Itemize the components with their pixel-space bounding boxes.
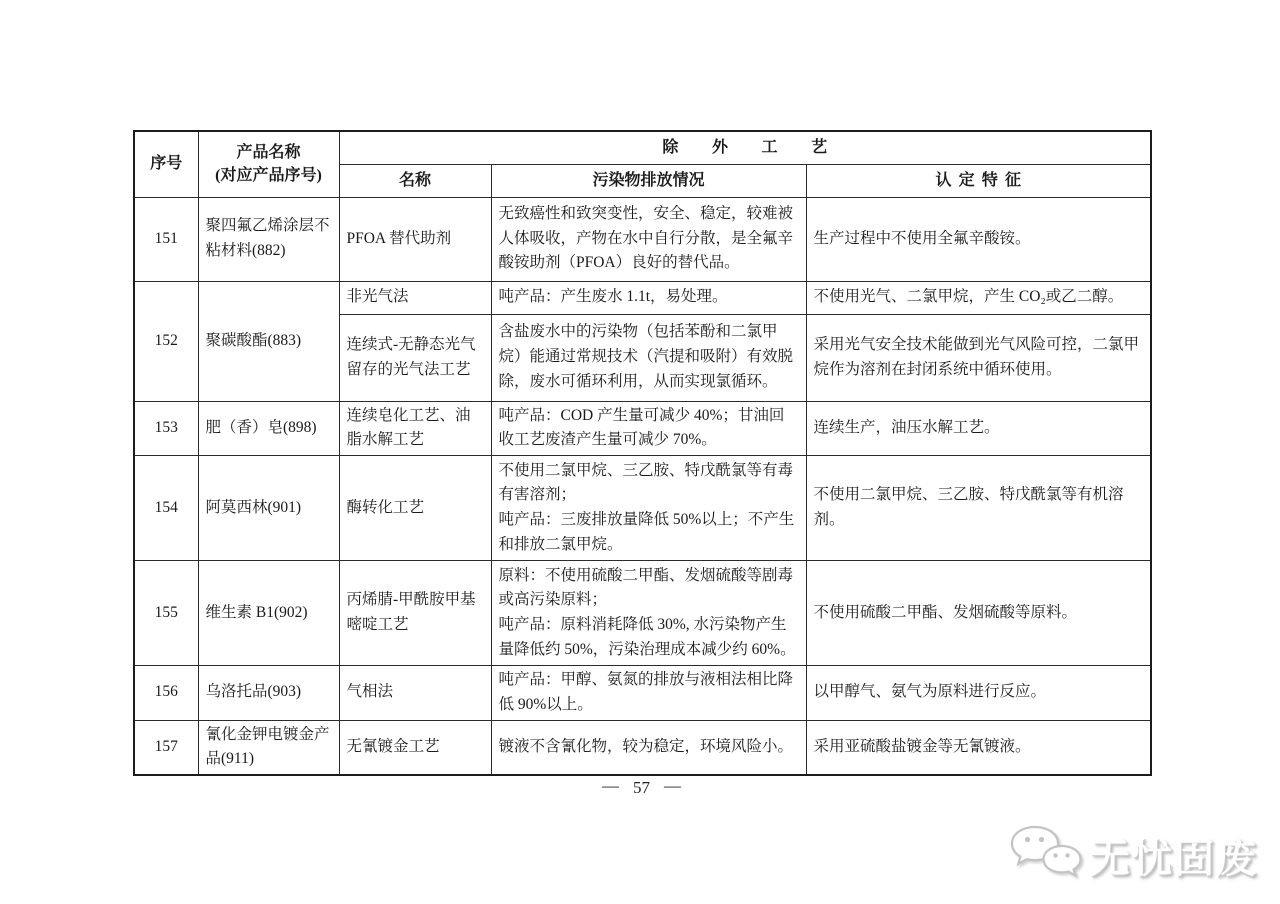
feature-cell: 不使用二氯甲烷、三乙胺、特戊酰氯等有机溶剂。 (806, 456, 1151, 561)
feature-cell: 连续生产，油压水解工艺。 (806, 401, 1151, 456)
footer-right-dash: — (664, 776, 681, 796)
table-row-153: 153 肥（香）皂(898) 连续皂化工艺、油脂水解工艺 吨产品：COD 产生量… (134, 401, 1151, 456)
page-footer: —57— (133, 778, 1150, 798)
emission-cell: 镀液不含氰化物，较为稳定，环境风险小。 (491, 720, 806, 775)
process-name-cell: 酶转化工艺 (339, 456, 491, 561)
exception-process-table: 序号 产品名称 (对应产品序号) 除外工艺 名称 污染物排放情况 认定特征 15… (133, 130, 1152, 776)
table-row-152-sub-1: 152 聚碳酸酯(883) 非光气法 吨产品：产生废水 1.1t，易处理。 不使… (134, 281, 1151, 314)
emission-cell: 吨产品：甲醇、氨氮的排放与液相法相比降低 90%以上。 (491, 666, 806, 721)
emission-cell: 吨产品：COD 产生量可减少 40%；甘油回收工艺废渣产生量可减少 70%。 (491, 401, 806, 456)
exception-process-table-wrap: 序号 产品名称 (对应产品序号) 除外工艺 名称 污染物排放情况 认定特征 15… (133, 130, 1150, 776)
col-header-group-title: 除外工艺 (339, 131, 1151, 164)
col-header-product: 产品名称 (对应产品序号) (198, 131, 339, 197)
watermark-text: 无忧固废 (1090, 827, 1258, 884)
emission-cell: 含盐废水中的污染物（包括苯酚和二氯甲烷）能通过常规技术（汽提和吸附）有效脱除，废… (491, 314, 806, 401)
wechat-bubbles-icon (1008, 824, 1084, 887)
table-row-154: 154 阿莫西林(901) 酶转化工艺 不使用二氯甲烷、三乙胺、特戊酰氯等有毒有… (134, 456, 1151, 561)
product-cell: 维生素 B1(902) (198, 561, 339, 666)
process-name-cell: 非光气法 (339, 281, 491, 314)
product-cell: 肥（香）皂(898) (198, 401, 339, 456)
feature-cell: 采用光气安全技术能做到光气风险可控，二氯甲烷作为溶剂在封闭系统中循环使用。 (806, 314, 1151, 401)
col-header-product-line1: 产品名称 (203, 141, 335, 164)
process-name-cell: 连续式-无静态光气留存的光气法工艺 (339, 314, 491, 401)
col-header-emission: 污染物排放情况 (491, 164, 806, 197)
page-number: 57 (633, 778, 650, 797)
col-header-feature: 认定特征 (806, 164, 1151, 197)
col-header-process-name: 名称 (339, 164, 491, 197)
table-row-156: 156 乌洛托品(903) 气相法 吨产品：甲醇、氨氮的排放与液相法相比降低 9… (134, 666, 1151, 721)
product-cell: 聚四氟乙烯涂层不粘材料(882) (198, 197, 339, 281)
seq-cell: 152 (134, 281, 198, 401)
product-cell: 聚碳酸酯(883) (198, 281, 339, 401)
feature-cell: 采用亚硫酸盐镀金等无氰镀液。 (806, 720, 1151, 775)
footer-left-dash: — (602, 776, 619, 796)
seq-cell: 156 (134, 666, 198, 721)
seq-cell: 153 (134, 401, 198, 456)
process-name-cell: 连续皂化工艺、油脂水解工艺 (339, 401, 491, 456)
table-row-157: 157 氰化金钾电镀金产品(911) 无氰镀金工艺 镀液不含氰化物，较为稳定，环… (134, 720, 1151, 775)
emission-cell: 原料：不使用硫酸二甲酯、发烟硫酸等剧毒或高污染原料； 吨产品：原料消耗降低 30… (491, 561, 806, 666)
seq-cell: 157 (134, 720, 198, 775)
header-row-group: 序号 产品名称 (对应产品序号) 除外工艺 (134, 131, 1151, 164)
col-header-seq: 序号 (134, 131, 198, 197)
emission-cell: 吨产品：产生废水 1.1t，易处理。 (491, 281, 806, 314)
emission-cell: 不使用二氯甲烷、三乙胺、特戊酰氯等有毒有害溶剂； 吨产品：三废排放量降低 50%… (491, 456, 806, 561)
process-name-cell: 丙烯腈-甲酰胺甲基嘧啶工艺 (339, 561, 491, 666)
seq-cell: 151 (134, 197, 198, 281)
table-row-151: 151 聚四氟乙烯涂层不粘材料(882) PFOA 替代助剂 无致癌性和致突变性… (134, 197, 1151, 281)
feature-cell: 不使用光气、二氯甲烷，产生 CO₂或乙二醇。 (806, 281, 1151, 314)
seq-cell: 155 (134, 561, 198, 666)
watermark: 无忧固废 (1008, 824, 1258, 887)
seq-cell: 154 (134, 456, 198, 561)
feature-cell: 生产过程中不使用全氟辛酸铵。 (806, 197, 1151, 281)
process-name-cell: 气相法 (339, 666, 491, 721)
feature-cell: 不使用硫酸二甲酯、发烟硫酸等原料。 (806, 561, 1151, 666)
col-header-product-line2: (对应产品序号) (203, 164, 335, 187)
process-name-cell: PFOA 替代助剂 (339, 197, 491, 281)
product-cell: 氰化金钾电镀金产品(911) (198, 720, 339, 775)
product-cell: 阿莫西林(901) (198, 456, 339, 561)
emission-cell: 无致癌性和致突变性，安全、稳定，较难被人体吸收，产物在水中自行分散，是全氟辛酸铵… (491, 197, 806, 281)
process-name-cell: 无氰镀金工艺 (339, 720, 491, 775)
product-cell: 乌洛托品(903) (198, 666, 339, 721)
table-row-155: 155 维生素 B1(902) 丙烯腈-甲酰胺甲基嘧啶工艺 原料：不使用硫酸二甲… (134, 561, 1151, 666)
feature-cell: 以甲醇气、氨气为原料进行反应。 (806, 666, 1151, 721)
